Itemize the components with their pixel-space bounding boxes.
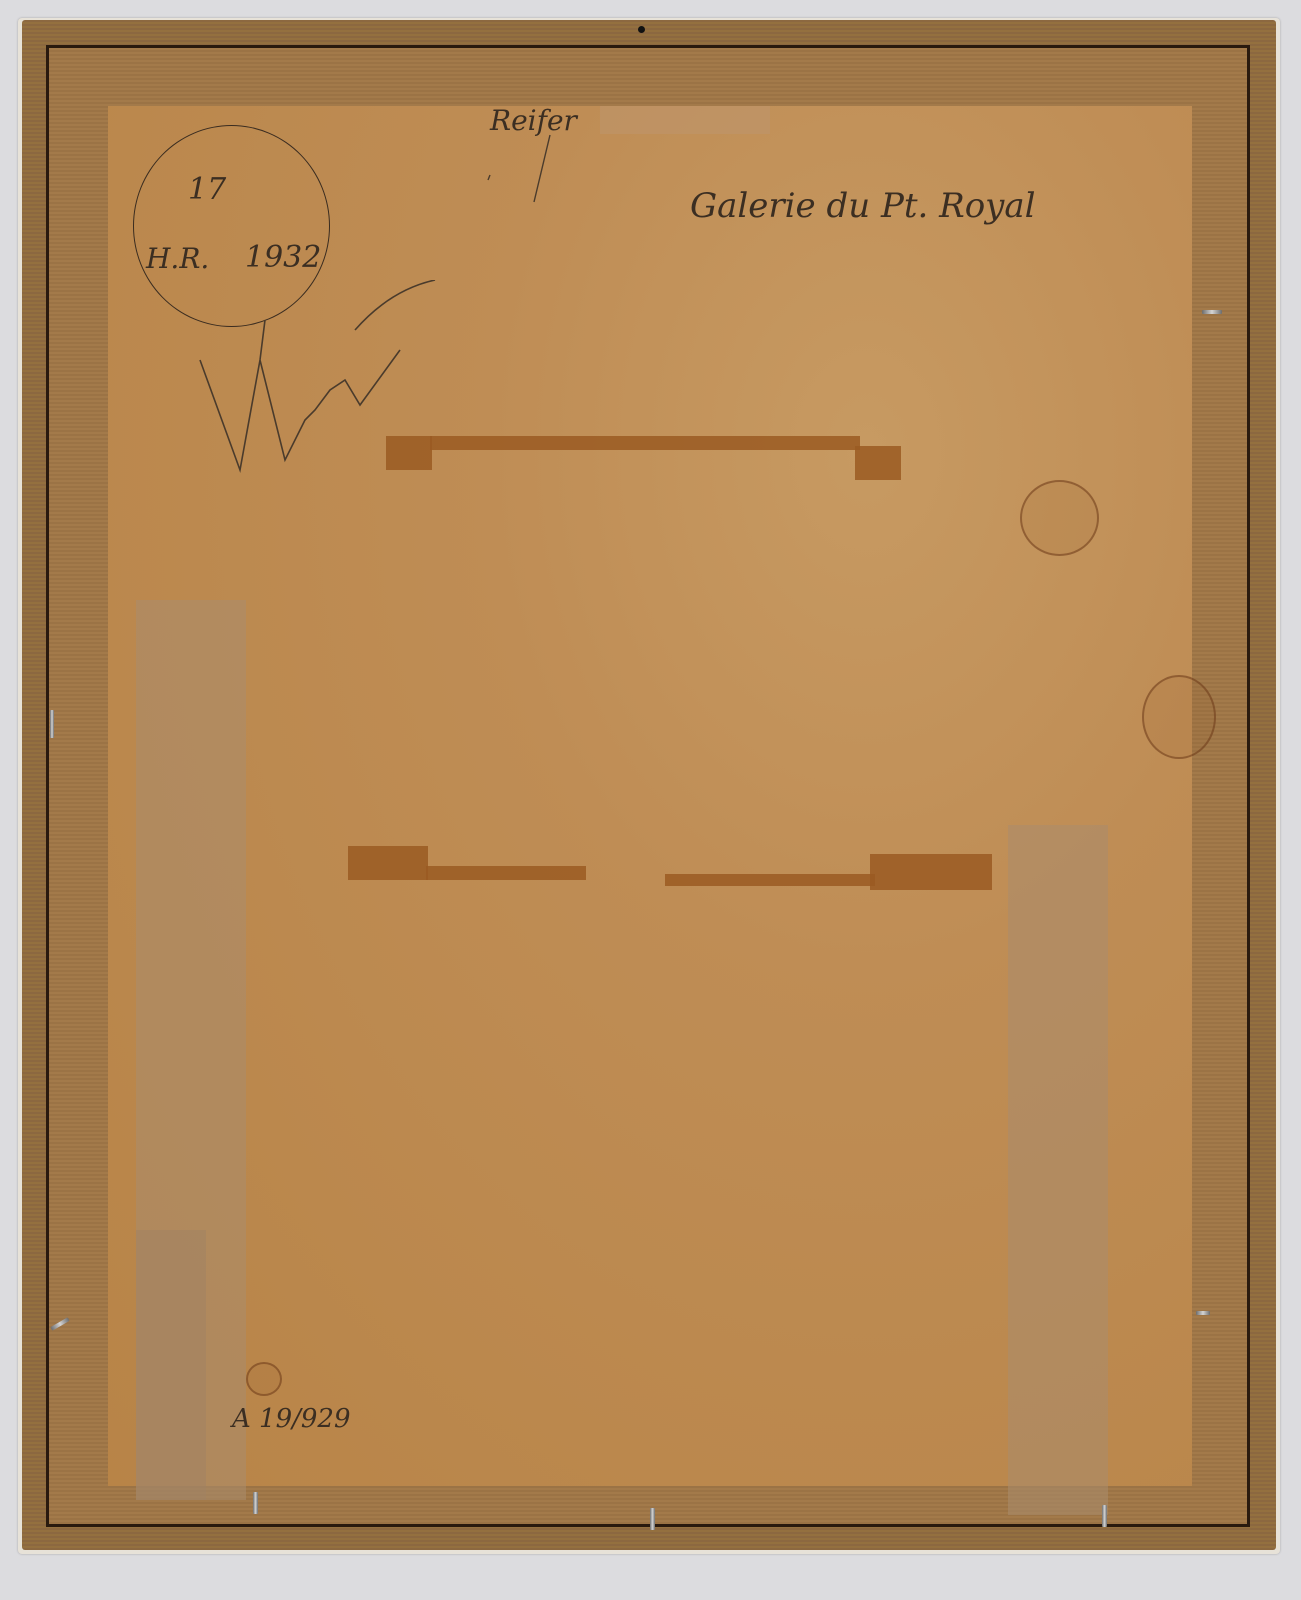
tape-strip-top bbox=[600, 106, 770, 134]
nail-bottom-center bbox=[650, 1508, 655, 1530]
circle-initials: H.R. bbox=[146, 242, 209, 275]
nail-right-lower bbox=[1196, 1311, 1210, 1315]
signature-scribble-icon bbox=[190, 280, 450, 490]
tape-strip-right bbox=[1008, 825, 1108, 1515]
pencil-strokes bbox=[480, 130, 580, 210]
nail-left-middle bbox=[50, 710, 54, 738]
water-stain-right bbox=[1020, 480, 1099, 556]
nail-right-upper bbox=[1202, 310, 1222, 314]
glue-mark-top-strip bbox=[430, 436, 860, 450]
glue-mark-bottom-left bbox=[348, 846, 428, 880]
nail-bottom-left bbox=[253, 1492, 258, 1514]
water-stain-lower-left bbox=[246, 1362, 282, 1396]
glue-mark-bottom-strip-right bbox=[665, 874, 875, 886]
hanging-hole bbox=[638, 26, 645, 33]
glue-mark-top-right bbox=[855, 446, 901, 480]
water-stain-right-edge bbox=[1142, 675, 1216, 759]
circle-number: 17 bbox=[188, 172, 226, 207]
inventory-number: A 19/929 bbox=[232, 1404, 351, 1434]
tape-strip-left-lower bbox=[136, 1230, 206, 1500]
gallery-inscription: Galerie du Pt. Royal bbox=[690, 186, 1036, 226]
glue-mark-bottom-right bbox=[870, 854, 992, 890]
circle-year: 1932 bbox=[245, 240, 321, 275]
glue-mark-bottom-strip-left bbox=[426, 866, 586, 880]
nail-bottom-right bbox=[1102, 1505, 1107, 1527]
